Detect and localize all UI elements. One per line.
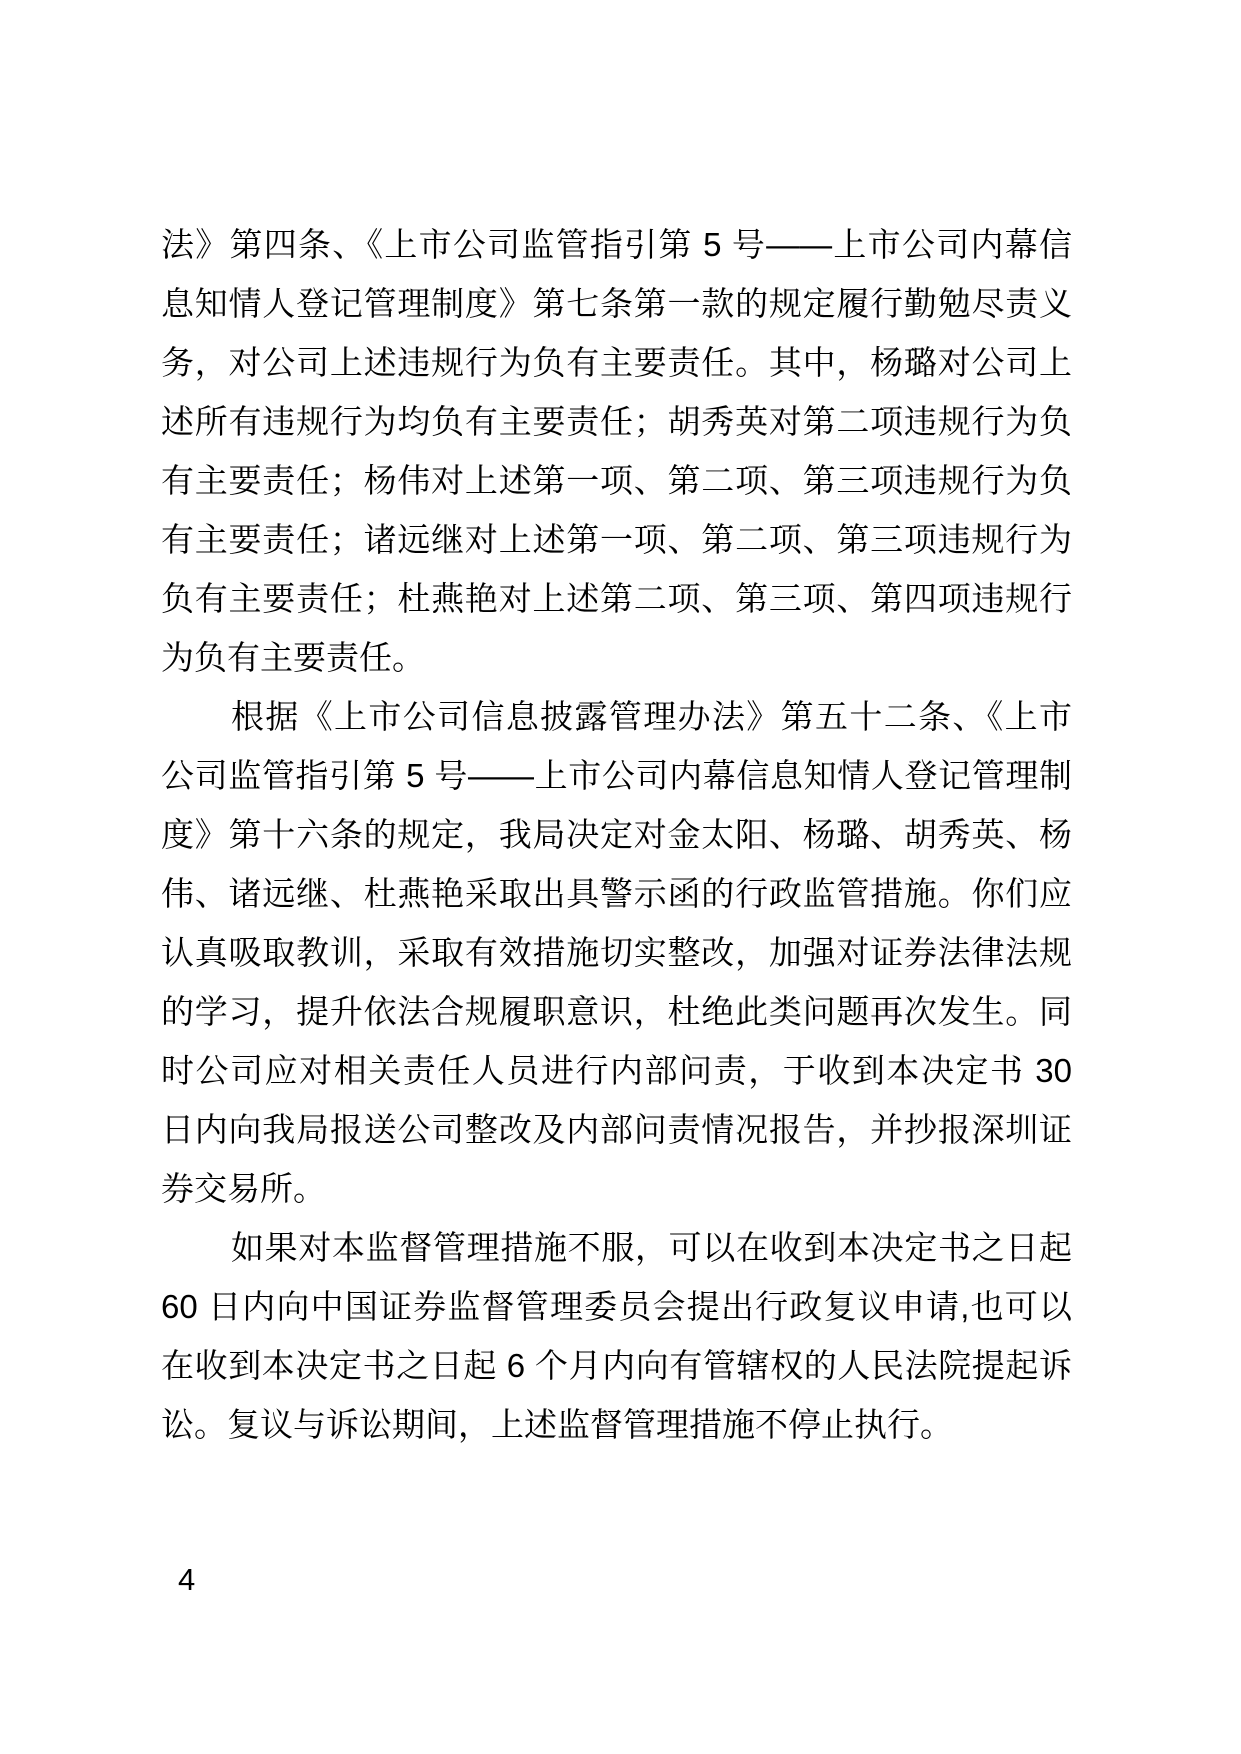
text-line: 如果对本监督管理措施不服，可以在收到本决定书之日起 <box>161 1218 1072 1277</box>
page-number: 4 <box>178 1560 195 1600</box>
text-line: 的学习，提升依法合规履职意识，杜绝此类问题再次发生。同 <box>161 982 1072 1041</box>
document-body: 法》第四条、《上市公司监管指引第 5 号——上市公司内幕信息知情人登记管理制度》… <box>161 215 1072 1454</box>
text-line: 伟、诸远继、杜燕艳采取出具警示函的行政监管措施。你们应 <box>161 864 1072 923</box>
text-line: 日内向我局报送公司整改及内部问责情况报告，并抄报深圳证 <box>161 1100 1072 1159</box>
text-line: 息知情人登记管理制度》第七条第一款的规定履行勤勉尽责义 <box>161 274 1072 333</box>
text-line: 在收到本决定书之日起 6 个月内向有管辖权的人民法院提起诉 <box>161 1336 1072 1395</box>
text-line: 负有主要责任；杜燕艳对上述第二项、第三项、第四项违规行 <box>161 569 1072 628</box>
text-line: 为负有主要责任。 <box>161 628 1072 687</box>
document-page: 法》第四条、《上市公司监管指引第 5 号——上市公司内幕信息知情人登记管理制度》… <box>0 0 1241 1754</box>
text-line: 认真吸取教训，采取有效措施切实整改，加强对证券法律法规 <box>161 923 1072 982</box>
text-line: 根据《上市公司信息披露管理办法》第五十二条、《上市 <box>161 687 1072 746</box>
text-line: 述所有违规行为均负有主要责任；胡秀英对第二项违规行为负 <box>161 392 1072 451</box>
text-line: 公司监管指引第 5 号——上市公司内幕信息知情人登记管理制 <box>161 746 1072 805</box>
text-line: 度》第十六条的规定，我局决定对金太阳、杨璐、胡秀英、杨 <box>161 805 1072 864</box>
text-line: 时公司应对相关责任人员进行内部问责，于收到本决定书 30 <box>161 1041 1072 1100</box>
text-line: 60 日内向中国证券监督管理委员会提出行政复议申请,也可以 <box>161 1277 1072 1336</box>
text-line: 讼。复议与诉讼期间，上述监督管理措施不停止执行。 <box>161 1395 1072 1454</box>
text-line: 有主要责任；杨伟对上述第一项、第二项、第三项违规行为负 <box>161 451 1072 510</box>
text-line: 券交易所。 <box>161 1159 1072 1218</box>
text-line: 务，对公司上述违规行为负有主要责任。其中，杨璐对公司上 <box>161 333 1072 392</box>
text-line: 有主要责任；诸远继对上述第一项、第二项、第三项违规行为 <box>161 510 1072 569</box>
text-line: 法》第四条、《上市公司监管指引第 5 号——上市公司内幕信 <box>161 215 1072 274</box>
